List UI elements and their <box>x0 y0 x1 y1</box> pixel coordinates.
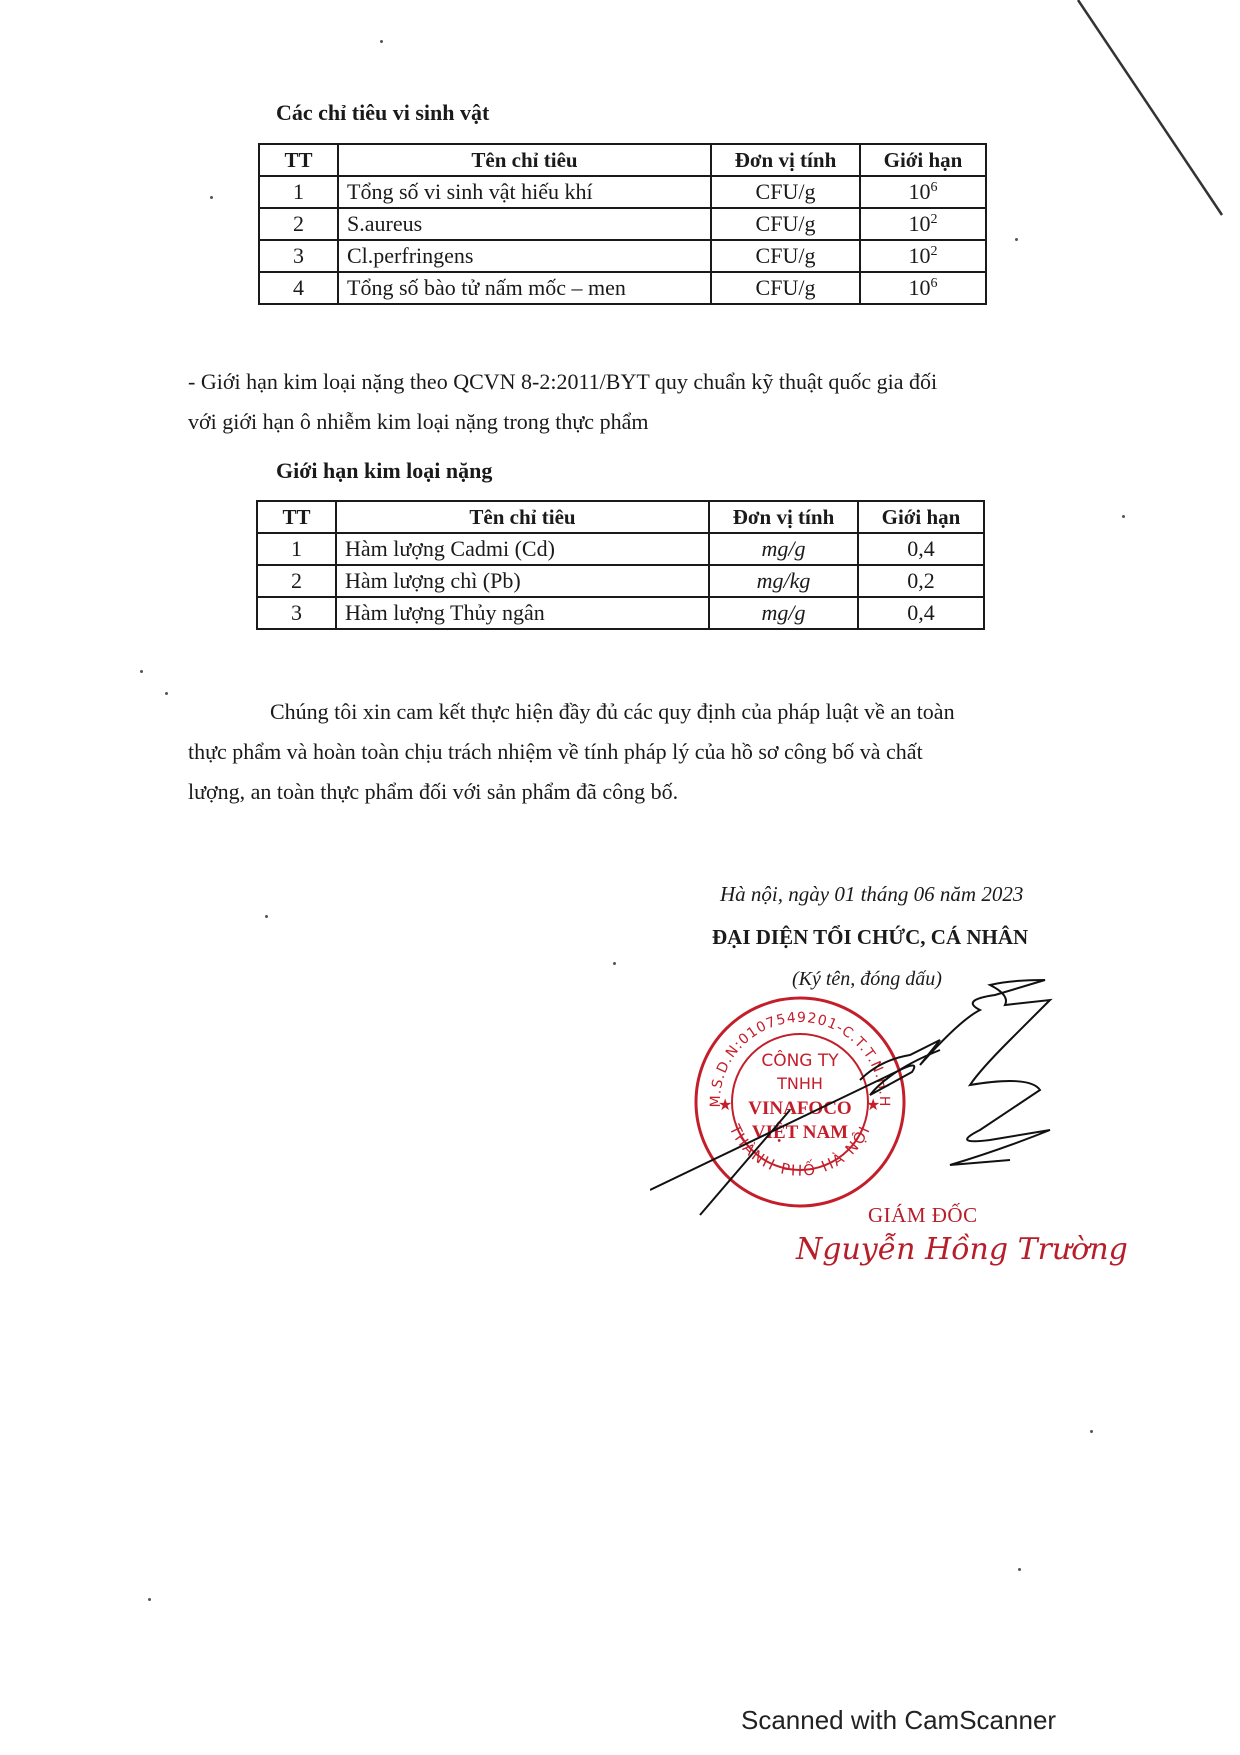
row-limit: 0,2 <box>858 565 984 597</box>
row-name: S.aureus <box>338 208 711 240</box>
row-name: Tổng số bào tử nấm mốc – men <box>338 272 711 304</box>
row-tt: 1 <box>259 176 338 208</box>
signature-date: Hà nội, ngày 01 tháng 06 năm 2023 <box>720 882 1023 907</box>
header-name: Tên chỉ tiêu <box>336 501 709 533</box>
scan-speck <box>265 915 268 918</box>
metal-table: TT Tên chỉ tiêu Đơn vị tính Giới hạn 1 H… <box>256 500 985 630</box>
metal-note-line: với giới hạn ô nhiễm kim loại nặng trong… <box>188 402 1088 442</box>
scan-speck <box>1018 1568 1021 1571</box>
row-tt: 3 <box>257 597 336 629</box>
commitment-line: lượng, an toàn thực phẩm đối với sản phẩ… <box>188 772 1088 812</box>
limit-exponent: 6 <box>931 180 938 195</box>
header-tt: TT <box>259 144 338 176</box>
table-row: 2 Hàm lượng chì (Pb) mg/kg 0,2 <box>257 565 984 597</box>
header-limit: Giới hạn <box>860 144 986 176</box>
scan-speck <box>1122 515 1125 518</box>
row-name: Hàm lượng chì (Pb) <box>336 565 709 597</box>
row-name: Hàm lượng Thủy ngân <box>336 597 709 629</box>
scan-speck <box>165 692 168 695</box>
row-unit: mg/kg <box>709 565 858 597</box>
handwritten-signature <box>650 960 1100 1220</box>
row-name: Tổng số vi sinh vật hiếu khí <box>338 176 711 208</box>
header-unit: Đơn vị tính <box>711 144 860 176</box>
row-unit: CFU/g <box>711 240 860 272</box>
scan-speck <box>148 1598 151 1601</box>
row-limit: 106 <box>860 176 986 208</box>
table-row: 3 Hàm lượng Thủy ngân mg/g 0,4 <box>257 597 984 629</box>
table-row: 1 Tổng số vi sinh vật hiếu khí CFU/g 106 <box>259 176 986 208</box>
limit-exponent: 2 <box>931 212 938 227</box>
limit-base: 10 <box>909 179 931 204</box>
row-unit: CFU/g <box>711 176 860 208</box>
micro-section-title: Các chỉ tiêu vi sinh vật <box>276 100 489 126</box>
row-tt: 1 <box>257 533 336 565</box>
header-name: Tên chỉ tiêu <box>338 144 711 176</box>
metal-note-line: - Giới hạn kim loại nặng theo QCVN 8-2:2… <box>188 362 1088 402</box>
limit-base: 10 <box>909 275 931 300</box>
table-row: 4 Tổng số bào tử nấm mốc – men CFU/g 106 <box>259 272 986 304</box>
table-row: 2 S.aureus CFU/g 102 <box>259 208 986 240</box>
row-name: Cl.perfringens <box>338 240 711 272</box>
row-unit: CFU/g <box>711 272 860 304</box>
commitment-line: Chúng tôi xin cam kết thực hiện đầy đủ c… <box>188 692 1088 732</box>
table-row: 1 Hàm lượng Cadmi (Cd) mg/g 0,4 <box>257 533 984 565</box>
row-unit: CFU/g <box>711 208 860 240</box>
row-tt: 4 <box>259 272 338 304</box>
camscanner-watermark: Scanned with CamScanner <box>741 1705 1056 1736</box>
scan-speck <box>140 670 143 673</box>
row-unit: mg/g <box>709 533 858 565</box>
scan-speck <box>1015 238 1018 241</box>
row-limit: 106 <box>860 272 986 304</box>
row-tt: 3 <box>259 240 338 272</box>
scan-artifact-line <box>1040 0 1240 240</box>
limit-exponent: 2 <box>931 244 938 259</box>
signature-org-title: ĐẠI DIỆN TỔI CHỨC, CÁ NHÂN <box>712 925 1028 950</box>
row-limit: 0,4 <box>858 533 984 565</box>
commitment-line: thực phẩm và hoàn toàn chịu trách nhiệm … <box>188 732 1088 772</box>
scan-speck <box>380 40 383 43</box>
row-name: Hàm lượng Cadmi (Cd) <box>336 533 709 565</box>
row-tt: 2 <box>257 565 336 597</box>
metal-section-title: Giới hạn kim loại nặng <box>276 458 492 484</box>
scan-speck <box>210 196 213 199</box>
row-limit: 0,4 <box>858 597 984 629</box>
header-limit: Giới hạn <box>858 501 984 533</box>
row-limit: 102 <box>860 240 986 272</box>
row-limit: 102 <box>860 208 986 240</box>
scan-speck <box>1090 1430 1093 1433</box>
table-row: 3 Cl.perfringens CFU/g 102 <box>259 240 986 272</box>
director-title: GIÁM ĐỐC <box>868 1203 978 1228</box>
table-header-row: TT Tên chỉ tiêu Đơn vị tính Giới hạn <box>259 144 986 176</box>
commitment-paragraph: Chúng tôi xin cam kết thực hiện đầy đủ c… <box>188 692 1088 812</box>
micro-table: TT Tên chỉ tiêu Đơn vị tính Giới hạn 1 T… <box>258 143 987 305</box>
metal-note: - Giới hạn kim loại nặng theo QCVN 8-2:2… <box>188 362 1088 442</box>
header-unit: Đơn vị tính <box>709 501 858 533</box>
row-tt: 2 <box>259 208 338 240</box>
header-tt: TT <box>257 501 336 533</box>
table-header-row: TT Tên chỉ tiêu Đơn vị tính Giới hạn <box>257 501 984 533</box>
limit-base: 10 <box>909 243 931 268</box>
director-name: Nguyễn Hồng Trường <box>796 1232 1128 1267</box>
limit-base: 10 <box>909 211 931 236</box>
limit-exponent: 6 <box>931 276 938 291</box>
row-unit: mg/g <box>709 597 858 629</box>
scan-speck <box>613 962 616 965</box>
